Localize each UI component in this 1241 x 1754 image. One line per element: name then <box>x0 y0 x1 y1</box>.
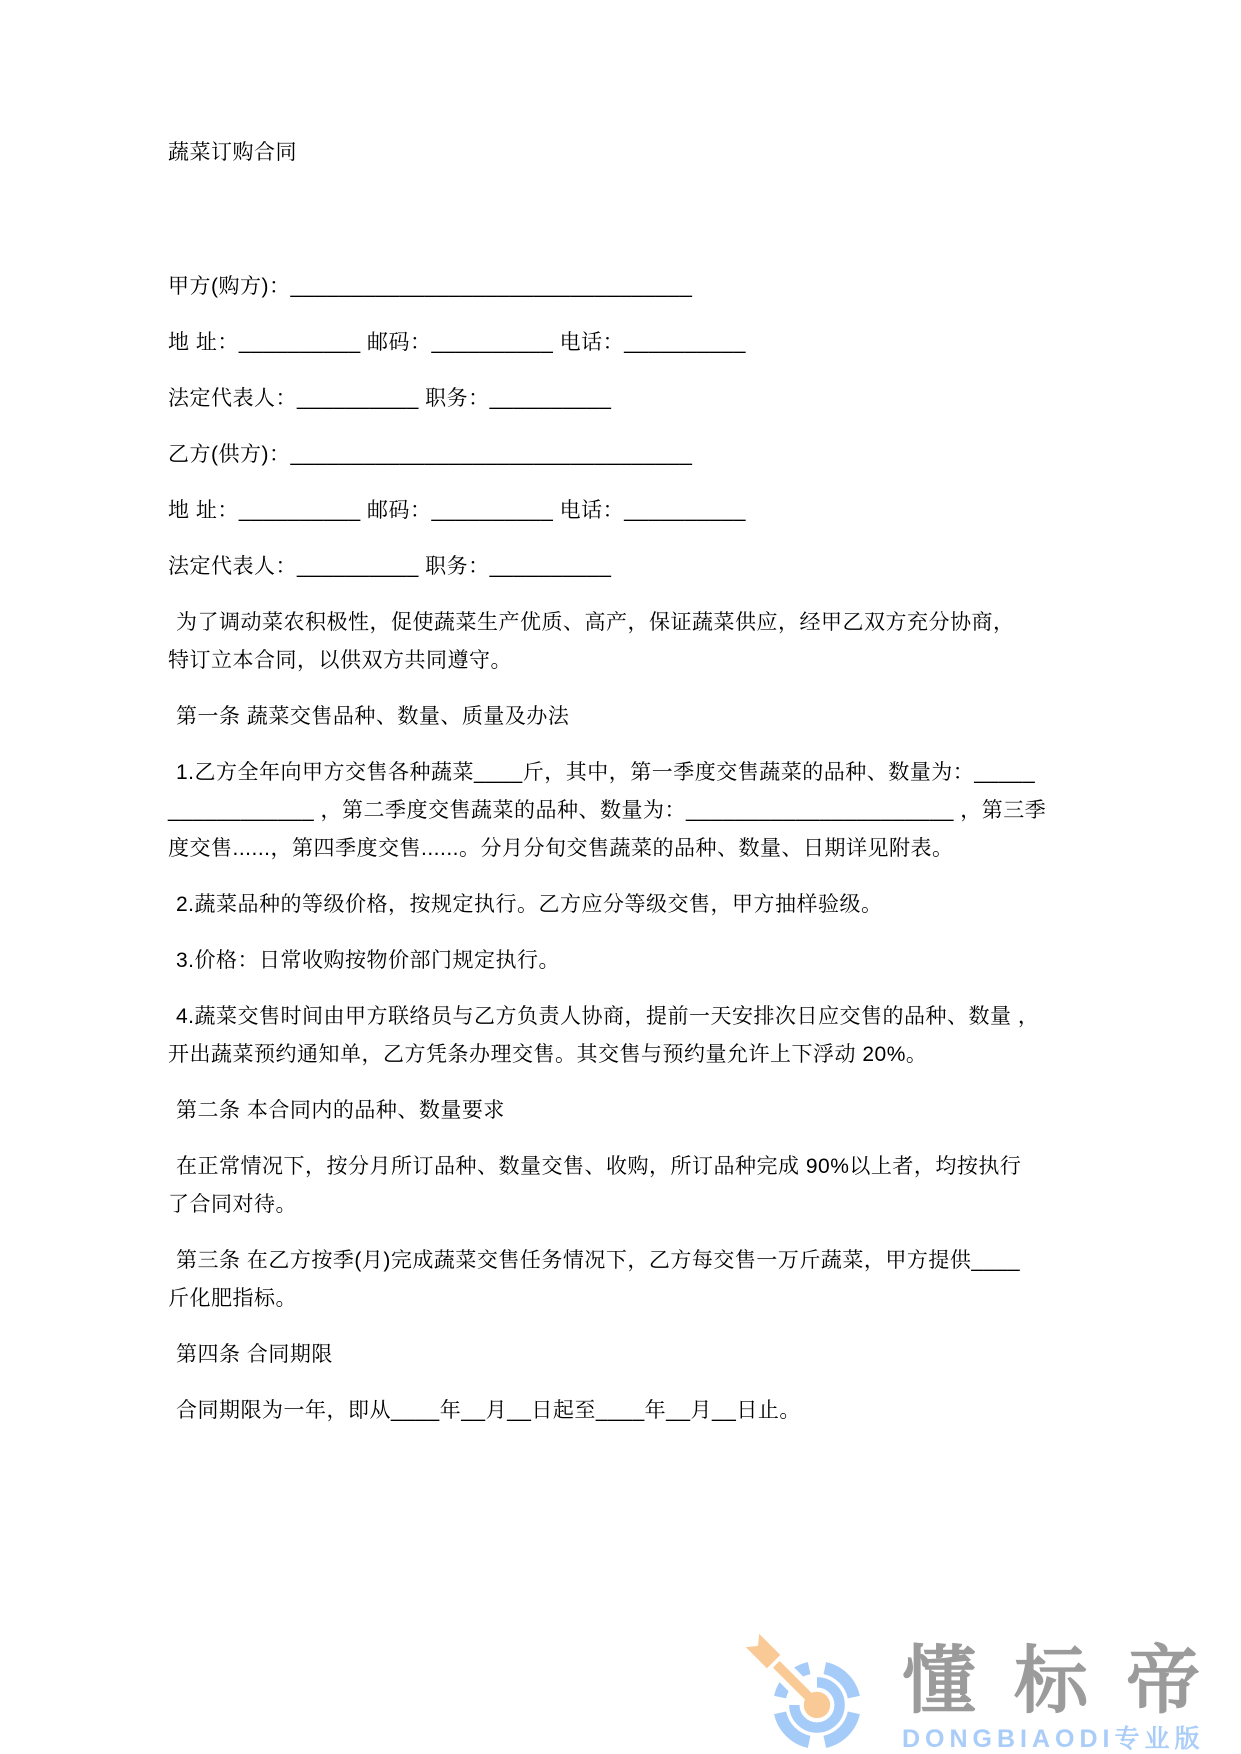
party-a-line: 甲方(购方)：_________________________________ <box>168 268 1178 306</box>
article-4-heading: 第四条 合同期限 <box>168 1336 1178 1374</box>
document-body: 蔬菜订购合同 甲方(购方)：__________________________… <box>168 134 1178 1448</box>
watermark: 懂标帝 DONGBIAODI专业版 <box>734 1592 1241 1754</box>
party-b-contact-line: 地 址：__________ 邮码：__________ 电话：________… <box>168 492 1178 530</box>
article-3-paragraph: 第三条 在乙方按季(月)完成蔬菜交售任务情况下，乙方每交售一万斤蔬菜，甲方提供_… <box>168 1242 1178 1318</box>
article-1-item-4: 4.蔬菜交售时间由甲方联络员与乙方负责人协商，提前一天安排次日应交售的品种、数量… <box>168 998 1178 1074</box>
party-b-representative-line: 法定代表人：__________ 职务：__________ <box>168 548 1178 586</box>
watermark-brand-subtitle: DONGBIAODI专业版 <box>902 1727 1238 1752</box>
article-1-heading: 第一条 蔬菜交售品种、数量、质量及办法 <box>168 698 1178 736</box>
watermark-brand-name: 懂标帝 <box>902 1644 1238 1718</box>
target-bullseye-arrow-icon <box>734 1622 866 1754</box>
article-1-item-2: 2.蔬菜品种的等级价格，按规定执行。乙方应分等级交售，甲方抽样验级。 <box>168 886 1178 924</box>
party-b-line: 乙方(供方)：_________________________________ <box>168 436 1178 474</box>
article-2-body: 在正常情况下，按分月所订品种、数量交售、收购，所订品种完成 90%以上者，均按执… <box>168 1148 1178 1224</box>
contract-page: 蔬菜订购合同 甲方(购方)：__________________________… <box>0 0 1241 1754</box>
article-4-body: 合同期限为一年，即从____年__月__日起至____年__月__日止。 <box>168 1392 1178 1430</box>
party-a-contact-line: 地 址：__________ 邮码：__________ 电话：________… <box>168 324 1178 362</box>
watermark-text-block: 懂标帝 DONGBIAODI专业版 <box>902 1644 1238 1752</box>
party-a-representative-line: 法定代表人：__________ 职务：__________ <box>168 380 1178 418</box>
article-1-item-1: 1.乙方全年向甲方交售各种蔬菜____斤，其中，第一季度交售蔬菜的品种、数量为：… <box>168 754 1178 868</box>
preamble-paragraph: 为了调动菜农积极性，促使蔬菜生产优质、高产，保证蔬菜供应，经甲乙双方充分协商， … <box>168 604 1178 680</box>
article-1-item-3: 3.价格：日常收购按物价部门规定执行。 <box>168 942 1178 980</box>
article-2-heading: 第二条 本合同内的品种、数量要求 <box>168 1092 1178 1130</box>
contract-title: 蔬菜订购合同 <box>168 134 1178 172</box>
